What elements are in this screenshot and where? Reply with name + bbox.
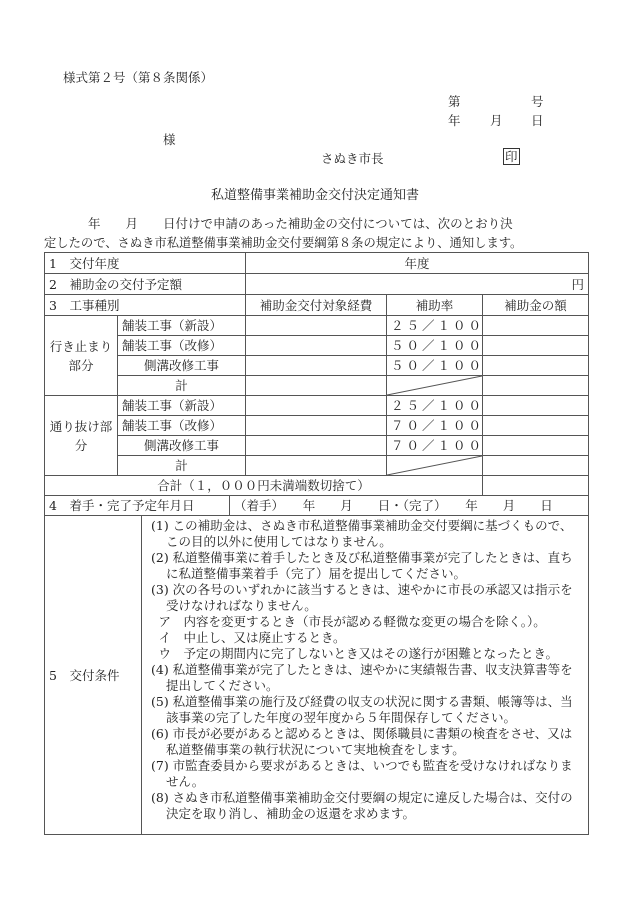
cost-cell[interactable] [246, 316, 387, 336]
cost-cell[interactable] [246, 416, 387, 436]
cost-cell[interactable] [246, 336, 387, 356]
row4-label: 4 着手・完了予定年月日 [45, 496, 230, 516]
amount-cell[interactable] [483, 456, 589, 476]
cost-cell[interactable] [246, 436, 387, 456]
doc-number-suffix: 号 [531, 92, 544, 110]
total-amount-cell[interactable] [483, 476, 589, 496]
cost-cell[interactable] [246, 376, 387, 396]
amount-cell[interactable] [483, 416, 589, 436]
seal-icon: 印 [503, 148, 520, 165]
rate-cell: ７０／１００ [387, 416, 483, 436]
cost-cell[interactable] [246, 396, 387, 416]
condition-item: (7) 市監査委員から要求があるときは、いつでも監査を受けなければなりません。 [146, 758, 584, 790]
row4-value: （着手） 年 月 日・（完了） 年 月 日 [230, 496, 589, 516]
table-row-type: 側溝改修工事 [118, 436, 246, 456]
condition-item: (1) この補助金は、さぬき市私道整備事業補助金交付要綱に基づくもので、この目的… [146, 518, 584, 550]
rate-cell: ７０／１００ [387, 436, 483, 456]
table-row-type: 舗装工事（新設） [118, 396, 246, 416]
col-amount-header: 補助金の額 [483, 295, 589, 316]
rate-cell: ２５／１００ [387, 316, 483, 336]
date-month: 月 [490, 111, 503, 129]
amount-cell[interactable] [483, 356, 589, 376]
condition-sub-item: ウ 予定の期間内に完了しないとき又はその遂行が困難となったとき。 [146, 646, 584, 662]
amount-cell[interactable] [483, 436, 589, 456]
table-row-type: 舗装工事（改修） [118, 336, 246, 356]
col-cost-header: 補助金交付対象経費 [246, 295, 387, 316]
row1-label: 1 交付年度 [45, 253, 246, 274]
diagonal-slash [387, 456, 483, 476]
group1-label: 行き止まり部分 [45, 316, 118, 396]
doc-number-prefix: 第 [448, 92, 461, 110]
subtotal-label: 計 [118, 456, 246, 476]
rate-cell: ５０／１００ [387, 356, 483, 376]
condition-item: (6) 市長が必要があると認めるときは、関係職員に書類の検査をさせ、又は私道整備… [146, 726, 584, 758]
row3-label: 3 工事種別 [45, 295, 246, 316]
grant-table: 1 交付年度 年度 2 補助金の交付予定額 円 3 工事種別 補助金交付対象経費… [44, 252, 589, 835]
total-label: 合計（１，０００円未満端数切捨て） [45, 476, 483, 496]
row1-value: 年度 [246, 253, 589, 274]
amount-cell[interactable] [483, 396, 589, 416]
rate-cell: ５０／１００ [387, 336, 483, 356]
rate-cell: ２５／１００ [387, 396, 483, 416]
condition-item: (8) さぬき市私道整備事業補助金交付要綱の規定に違反した場合は、交付の決定を取… [146, 790, 584, 822]
row2-label: 2 補助金の交付予定額 [45, 274, 246, 295]
cost-cell[interactable] [246, 456, 387, 476]
group2-label: 通り抜け部分 [45, 396, 118, 476]
amount-cell[interactable] [483, 376, 589, 396]
condition-sub-item: イ 中止し、又は廃止するとき。 [146, 630, 584, 646]
diagonal-slash [387, 376, 483, 396]
intro-line-1: 年 月 日付けで申請のあった補助金の交付については、次のとおり決 [88, 214, 513, 232]
row5-label: 5 交付条件 [45, 516, 142, 835]
conditions-list: (1) この補助金は、さぬき市私道整備事業補助金交付要綱に基づくもので、この目的… [142, 516, 589, 835]
intro-line-2: 定したので、さぬき市私道整備事業補助金交付要綱第８条の規定により、通知します。 [44, 233, 522, 251]
table-row-type: 舗装工事（改修） [118, 416, 246, 436]
table-row-type: 側溝改修工事 [118, 356, 246, 376]
condition-item: (3) 次の各号のいずれかに該当するときは、速やかに市長の承認又は指示を受けなけ… [146, 582, 584, 614]
amount-cell[interactable] [483, 336, 589, 356]
row2-value: 円 [246, 274, 589, 295]
condition-item: (2) 私道整備事業に着手したとき及び私道整備事業が完了したときは、直ちに私道整… [146, 550, 584, 582]
condition-item: (4) 私道整備事業が完了したときは、速やかに実績報告書、収支決算書等を提出して… [146, 662, 584, 694]
issuer: さぬき市長 [321, 149, 384, 167]
date-day: 日 [531, 111, 544, 129]
cost-cell[interactable] [246, 356, 387, 376]
date-year: 年 [448, 111, 461, 129]
document-title: 私道整備事業補助金交付決定通知書 [0, 184, 630, 203]
form-number: 様式第２号（第８条関係） [63, 68, 213, 86]
col-rate-header: 補助率 [387, 295, 483, 316]
condition-item: (5) 私道整備事業の施行及び経費の収支の状況に関する書類、帳簿等は、当該事業の… [146, 694, 584, 726]
subtotal-label: 計 [118, 376, 246, 396]
amount-cell[interactable] [483, 316, 589, 336]
condition-sub-item: ア 内容を変更するとき（市長が認める軽微な変更の場合を除く。）。 [146, 614, 584, 630]
table-row-type: 舗装工事（新設） [118, 316, 246, 336]
addressee-suffix: 様 [163, 130, 176, 148]
